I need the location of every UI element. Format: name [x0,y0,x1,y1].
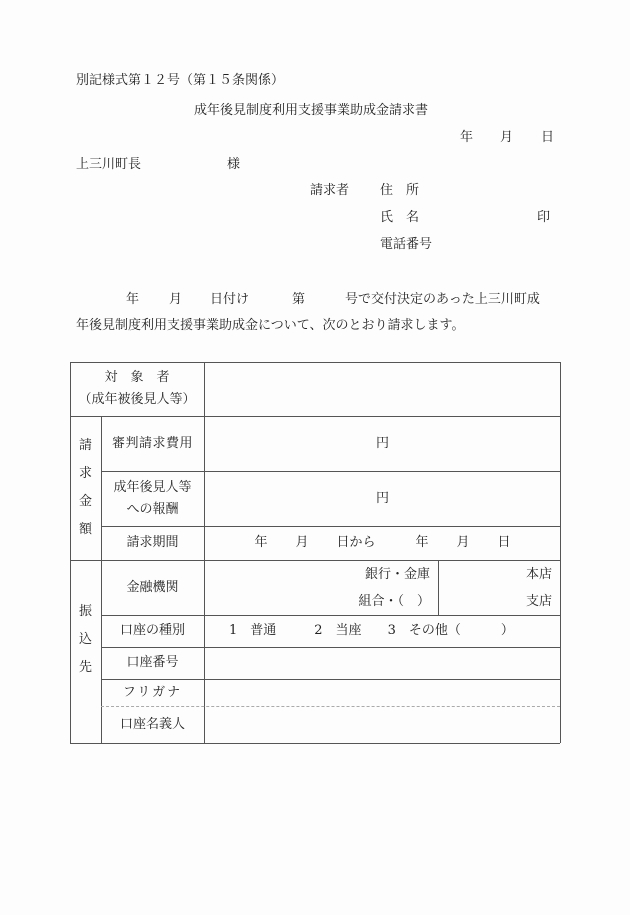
period-day-to: 日 [498,532,511,554]
account-type-field[interactable]: 1 普通 2 当座 3 その他（ ） [205,615,560,647]
period-year-from: 年 [254,532,267,554]
period-day-from: 日から [336,532,375,554]
remuneration-field[interactable]: 円 [205,471,560,526]
table-border-right [560,362,561,743]
name-label: 氏 名 [380,210,419,226]
period-label: 請求期間 [101,526,204,560]
remuneration-label-line1: 成年後見人等 [113,477,191,499]
bank-label: 金融機関 [101,560,204,615]
transfer-group-label: 振 込 先 [70,560,101,743]
account-number-field[interactable] [205,647,560,679]
body-line1-rest: 号で交付決定のあった上三川町成 [345,292,540,308]
bank-type-1: 銀行・金庫 [365,561,430,588]
group-char: 求 [79,460,92,488]
subject-field[interactable] [205,362,560,416]
honorific: 様 [227,157,240,173]
form-number: 別記様式第１２号（第１５条関係） [76,73,284,89]
date-year: 年 [460,130,473,146]
court-fee-field[interactable]: 円 [205,416,560,471]
branch-head-office: 本店 [526,561,552,588]
branch-office: 支店 [526,588,552,615]
group-char: 先 [79,654,92,682]
group-char: 請 [79,432,92,460]
furigana-field[interactable] [205,679,560,706]
yen-unit: 円 [376,488,389,510]
table-border-bottom [70,743,560,744]
court-fee-label: 審判請求費用 [101,416,204,471]
body-month: 月 [169,292,182,308]
period-month-to: 月 [457,532,470,554]
claim-amount-group-label: 請 求 金 額 [70,416,101,560]
furigana-label: フリガナ [101,679,204,706]
claimant-label: 請求者 [310,183,349,199]
remuneration-label-line2: への報酬 [126,499,178,521]
date-month: 月 [500,130,513,146]
period-field[interactable]: 年 月 日から 年 月 日 [205,526,560,560]
period-year-to: 年 [416,532,429,554]
group-char: 金 [79,488,92,516]
account-type-ordinary[interactable]: 1 普通 [229,620,276,642]
account-number-label: 口座番号 [101,647,204,679]
phone-label: 電話番号 [380,237,432,253]
date-day: 日 [541,130,554,146]
claim-table: 対 象 者 （成年被後見人等） 請 求 金 額 審判請求費用 円 成年後見人等 … [70,362,560,743]
seal-mark: 印 [537,210,550,226]
addressee: 上三川町長 [76,157,141,173]
bank-name-field[interactable]: 銀行・金庫 組合・（ ） [205,560,438,615]
account-type-current[interactable]: 2 当座 [314,620,361,642]
period-month-from: 月 [295,532,308,554]
account-holder-label: 口座名義人 [101,706,204,743]
group-char: 込 [79,626,92,654]
group-char: 額 [79,516,92,544]
group-char: 振 [79,598,92,626]
bank-type-2: 組合・（ ） [358,588,430,615]
branch-field[interactable]: 本店 支店 [439,560,560,615]
body-line2: 年後見制度利用支援事業助成金について、次のとおり請求します。 [76,318,464,334]
subject-label-line1: 対 象 者 [104,367,169,389]
body-number: 第 [292,292,305,308]
address-label: 住 所 [380,183,419,199]
account-type-other-close: ） [501,620,514,642]
subject-label-line2: （成年被後見人等） [78,389,195,411]
account-type-label: 口座の種別 [101,615,204,647]
body-year: 年 [126,292,139,308]
body-dated: 日付け [210,292,249,308]
remuneration-label: 成年後見人等 への報酬 [101,471,204,526]
account-holder-field[interactable] [205,706,560,743]
document-title: 成年後見制度利用支援事業助成金請求書 [194,103,428,119]
yen-unit: 円 [376,433,389,455]
subject-label: 対 象 者 （成年被後見人等） [70,362,204,416]
account-type-other[interactable]: 3 その他（ [388,620,461,642]
